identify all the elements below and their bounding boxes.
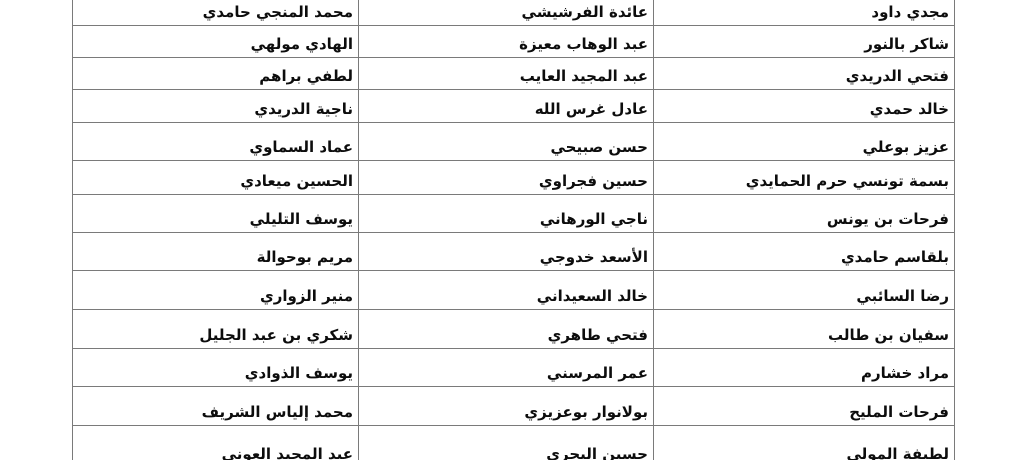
- name-cell-right: خالد حمدي: [653, 90, 954, 122]
- name-cell-right: فتحي الدريدي: [653, 58, 954, 89]
- document-page: { "document": { "direction": "rtl", "bac…: [0, 0, 1024, 460]
- name-cell-middle: عمر المرسني: [358, 349, 653, 386]
- name-cell-right: مجدي داود: [653, 0, 954, 25]
- name-cell-left: ناجية الدريدي: [73, 90, 358, 122]
- names-table: مجدي داود عائدة الفرشيشي محمد المنجي حام…: [72, 0, 955, 460]
- name-cell-middle: عادل غرس الله: [358, 90, 653, 122]
- name-cell-left: عبد المجيد العوني: [73, 426, 358, 460]
- name-cell-right: بسمة تونسي حرم الحمايدي: [653, 161, 954, 194]
- name-cell-middle: الأسعد خدوجي: [358, 233, 653, 270]
- name-cell-left: يوسف التليلي: [73, 195, 358, 232]
- name-cell-middle: ناجي الورهاني: [358, 195, 653, 232]
- table-row: عزيز بوعلي حسن صبيحي عماد السماوي: [73, 123, 954, 161]
- name-cell-middle: عبد المجيد العايب: [358, 58, 653, 89]
- table-row: بسمة تونسي حرم الحمايدي حسين فجراوي الحس…: [73, 161, 954, 195]
- table-row: فرحات المليح بولانوار بوعزيزي محمد إلياس…: [73, 387, 954, 426]
- name-cell-right: لطيفة المولي: [653, 426, 954, 460]
- name-cell-left: لطفي براهم: [73, 58, 358, 89]
- name-cell-left: الهادي مولهي: [73, 26, 358, 57]
- table-row: خالد حمدي عادل غرس الله ناجية الدريدي: [73, 90, 954, 123]
- name-cell-left: محمد المنجي حامدي: [73, 0, 358, 25]
- table-row: فرحات بن يونس ناجي الورهاني يوسف التليلي: [73, 195, 954, 233]
- name-cell-middle: حسن صبيحي: [358, 123, 653, 160]
- name-cell-middle: عائدة الفرشيشي: [358, 0, 653, 25]
- name-cell-right: فرحات بن يونس: [653, 195, 954, 232]
- name-cell-left: عماد السماوي: [73, 123, 358, 160]
- table-row: سفيان بن طالب فتحي طاهري شكري بن عبد الج…: [73, 310, 954, 349]
- name-cell-middle: حسين البحري: [358, 426, 653, 460]
- name-cell-right: فرحات المليح: [653, 387, 954, 425]
- table-row: شاكر بالنور عبد الوهاب معيزة الهادي موله…: [73, 26, 954, 58]
- name-cell-middle: حسين فجراوي: [358, 161, 653, 194]
- table-row: رضا السائبي خالد السعيداني منير الزواري: [73, 271, 954, 310]
- name-cell-left: الحسين ميعادي: [73, 161, 358, 194]
- name-cell-right: شاكر بالنور: [653, 26, 954, 57]
- name-cell-left: مريم بوحوالة: [73, 233, 358, 270]
- name-cell-left: محمد إلياس الشريف: [73, 387, 358, 425]
- name-cell-middle: فتحي طاهري: [358, 310, 653, 348]
- name-cell-middle: عبد الوهاب معيزة: [358, 26, 653, 57]
- name-cell-left: شكري بن عبد الجليل: [73, 310, 358, 348]
- table-row: بلقاسم حامدي الأسعد خدوجي مريم بوحوالة: [73, 233, 954, 271]
- name-cell-left: يوسف الذوادي: [73, 349, 358, 386]
- name-cell-middle: بولانوار بوعزيزي: [358, 387, 653, 425]
- table-row: مجدي داود عائدة الفرشيشي محمد المنجي حام…: [73, 0, 954, 26]
- name-cell-right: مراد خشارم: [653, 349, 954, 386]
- name-cell-middle: خالد السعيداني: [358, 271, 653, 309]
- table-row: مراد خشارم عمر المرسني يوسف الذوادي: [73, 349, 954, 387]
- name-cell-right: رضا السائبي: [653, 271, 954, 309]
- table-row: فتحي الدريدي عبد المجيد العايب لطفي براه…: [73, 58, 954, 90]
- name-cell-right: سفيان بن طالب: [653, 310, 954, 348]
- table-row: لطيفة المولي حسين البحري عبد المجيد العو…: [73, 426, 954, 460]
- name-cell-right: بلقاسم حامدي: [653, 233, 954, 270]
- name-cell-left: منير الزواري: [73, 271, 358, 309]
- name-cell-right: عزيز بوعلي: [653, 123, 954, 160]
